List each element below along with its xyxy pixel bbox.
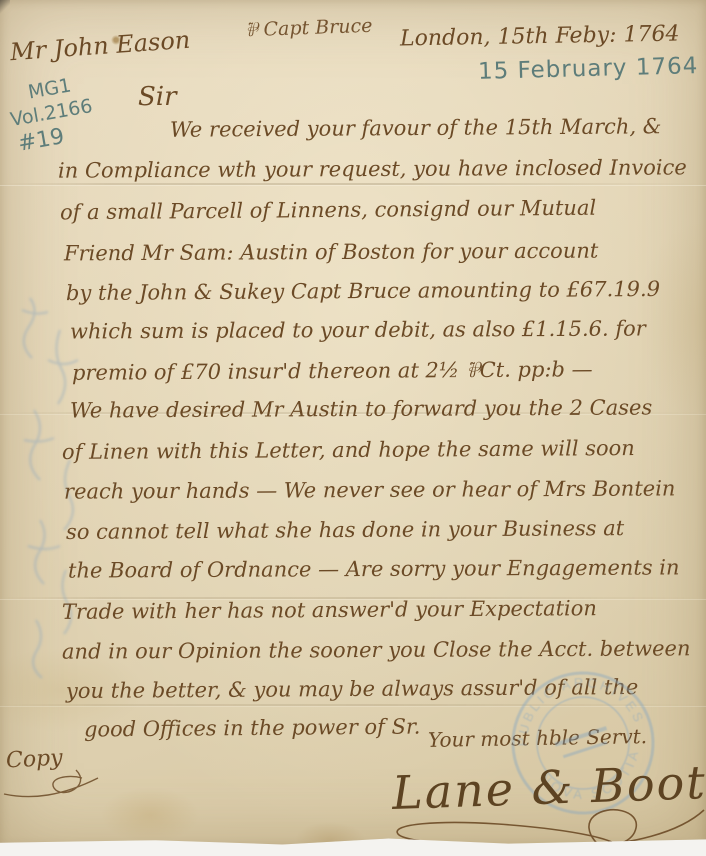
dateline: London, 15th Feby: 1764 [400, 22, 680, 52]
pencil-date-annotation: 15 February 1764 [478, 53, 699, 85]
salutation: Sir [138, 82, 177, 112]
body-line: Trade with her has not answer'd your Exp… [62, 596, 597, 624]
body-line: in Compliance wth your request, you have… [58, 155, 687, 182]
body-line: of Linen with this Letter, and hope the … [62, 436, 635, 464]
body-line: so cannot tell what she has done in your… [66, 516, 624, 544]
signature-flourish [378, 800, 706, 856]
body-line: We have desired Mr Austin to forward you… [70, 395, 652, 422]
body-line: which sum is placed to your debit, as al… [70, 316, 646, 343]
recipient-name: Mr John Eason [9, 26, 191, 67]
body-line: premio of £70 insur'd thereon at 2½ ⅌Ct.… [72, 355, 593, 387]
body-line: by the John & Sukey Capt Bruce amounting… [66, 277, 660, 305]
body-line: Friend Mr Sam: Austin of Boston for your… [64, 239, 598, 266]
body-line: reach your hands — We never see or hear … [64, 476, 676, 503]
scanned-letter-page: { "document": { "kind": "handwritten let… [0, 0, 706, 856]
letter-paper: ⅌ Capt Bruce London, 15th Feby: 1764 15 … [0, 0, 706, 847]
body-line: the Board of Ordnance — Are sorry your E… [68, 555, 680, 582]
copy-flourish [2, 768, 152, 804]
ship-note: ⅌ Capt Bruce [245, 12, 373, 42]
body-line: We received your favour of the 15th Marc… [170, 114, 662, 141]
closing-offices-line: good Offices in the power of Sr. [84, 715, 421, 742]
fold-crease [0, 183, 706, 185]
body-line: of a small Parcell of Linnens, consignd … [60, 196, 596, 225]
